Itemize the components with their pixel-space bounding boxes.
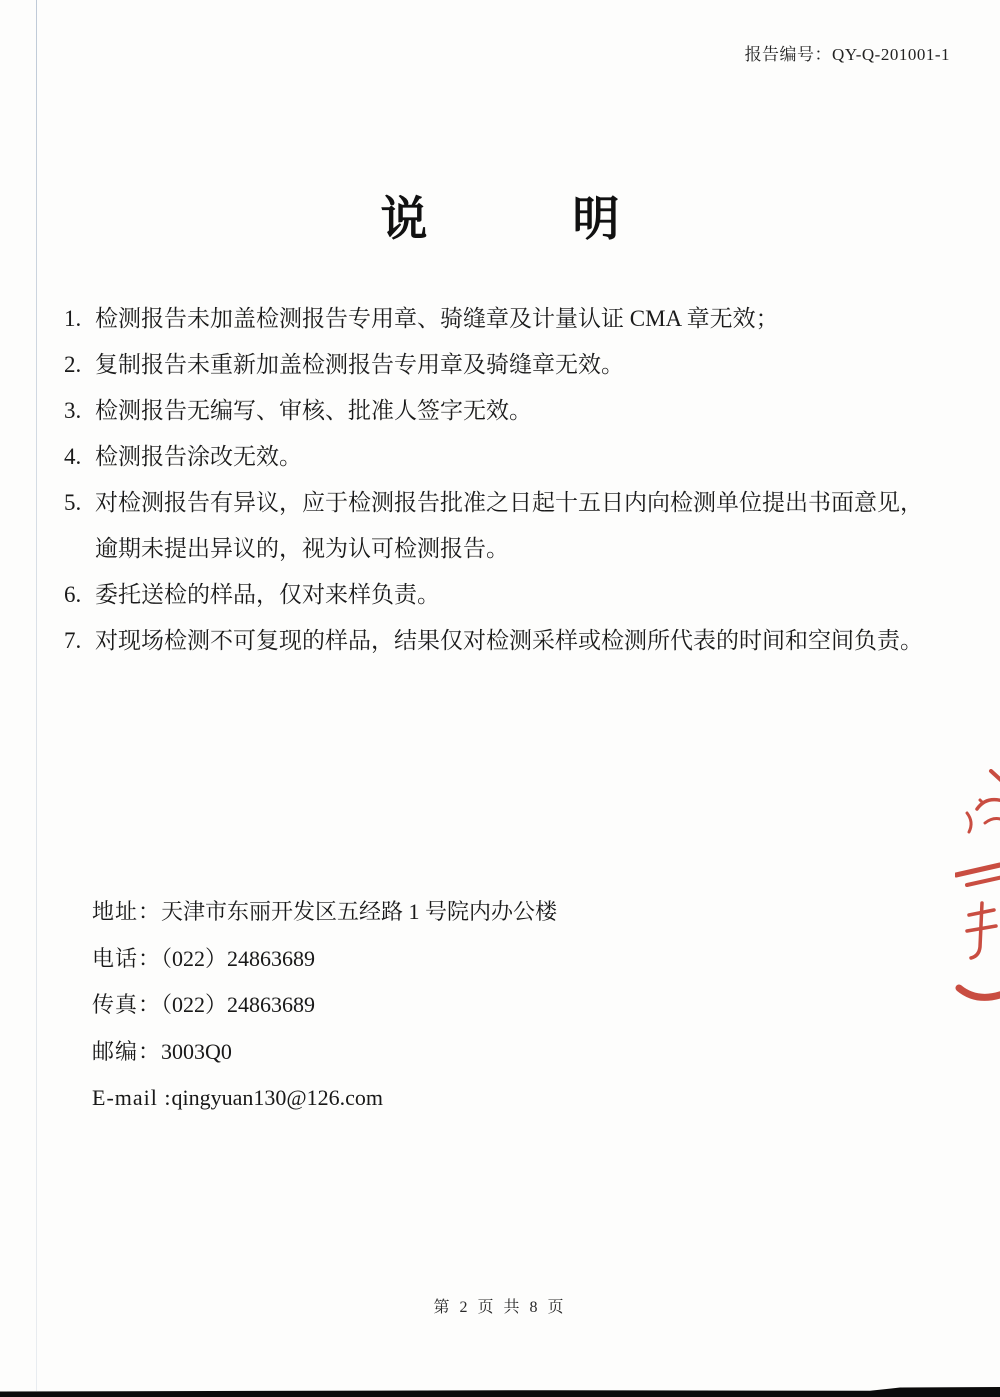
contact-fax: 传真：（022）24863689 <box>92 982 557 1029</box>
note-text: 检测报告未加盖检测报告专用章、骑缝章及计量认证 CMA 章无效； <box>95 296 956 342</box>
phone-label: 电话： <box>92 946 161 971</box>
phone-value: （022）24863689 <box>161 946 315 971</box>
note-text: 复制报告未重新加盖检测报告专用章及骑缝章无效。 <box>95 342 956 388</box>
address-value: 天津市东丽开发区五经路 1 号院内办公楼 <box>161 899 557 924</box>
report-number: 报告编号：QY-Q-201001-1 <box>745 40 950 65</box>
contact-postcode: 邮编：3003Q0 <box>92 1029 557 1076</box>
notes-list: 1. 检测报告未加盖检测报告专用章、骑缝章及计量认证 CMA 章无效； 2. 复… <box>64 296 956 664</box>
scan-edge-bar <box>0 1387 1000 1397</box>
page-title-char-1: 说 <box>381 182 428 249</box>
note-item-1: 1. 检测报告未加盖检测报告专用章、骑缝章及计量认证 CMA 章无效； <box>64 296 956 342</box>
page-title-char-2: 明 <box>573 182 620 249</box>
contact-address: 地址：天津市东丽开发区五经路 1 号院内办公楼 <box>92 889 557 936</box>
contact-email: E-mail :qingyuan130@126.com <box>92 1075 557 1122</box>
note-number: 5. <box>64 480 95 526</box>
note-text: 检测报告涂改无效。 <box>95 434 956 480</box>
red-stamp-fragment-icon <box>955 763 1000 1008</box>
contact-block: 地址：天津市东丽开发区五经路 1 号院内办公楼 电话：（022）24863689… <box>92 889 557 1122</box>
note-text: 检测报告无编写、审核、批准人签字无效。 <box>95 388 956 434</box>
note-number: 1. <box>64 296 95 342</box>
note-text: 对检测报告有异议，应于检测报告批准之日起十五日内向检测单位提出书面意见， 逾期未… <box>95 480 956 572</box>
fax-label: 传真： <box>92 992 161 1017</box>
page-number-indicator: 第 2 页 共 8 页 <box>0 1294 1000 1317</box>
address-label: 地址： <box>92 899 161 924</box>
note-number: 2. <box>64 342 95 388</box>
email-value: qingyuan130@126.com <box>171 1085 383 1110</box>
fax-value: （022）24863689 <box>161 992 315 1017</box>
note-number: 6. <box>64 572 95 618</box>
contact-phone: 电话：（022）24863689 <box>92 936 557 983</box>
note-item-5: 5. 对检测报告有异议，应于检测报告批准之日起十五日内向检测单位提出书面意见， … <box>64 480 956 572</box>
note-item-6: 6. 委托送检的样品，仅对来样负责。 <box>64 572 956 618</box>
note-text: 对现场检测不可复现的样品，结果仅对检测采样或检测所代表的时间和空间负责。 <box>95 618 956 664</box>
page-title: 说 明 <box>0 182 1000 249</box>
scanned-report-page: 报告编号：QY-Q-201001-1 说 明 1. 检测报告未加盖检测报告专用章… <box>0 0 1000 1397</box>
email-label: E-mail : <box>92 1085 171 1110</box>
note-item-4: 4. 检测报告涂改无效。 <box>64 434 956 480</box>
note-text: 委托送检的样品，仅对来样负责。 <box>95 572 956 618</box>
note-number: 3. <box>64 388 95 434</box>
note-item-7: 7. 对现场检测不可复现的样品，结果仅对检测采样或检测所代表的时间和空间负责。 <box>64 618 956 664</box>
postcode-label: 邮编： <box>92 1039 161 1064</box>
note-number: 7. <box>64 618 95 664</box>
note-item-3: 3. 检测报告无编写、审核、批准人签字无效。 <box>64 388 956 434</box>
postcode-value: 3003Q0 <box>161 1039 232 1064</box>
note-item-2: 2. 复制报告未重新加盖检测报告专用章及骑缝章无效。 <box>64 342 956 388</box>
note-number: 4. <box>64 434 95 480</box>
